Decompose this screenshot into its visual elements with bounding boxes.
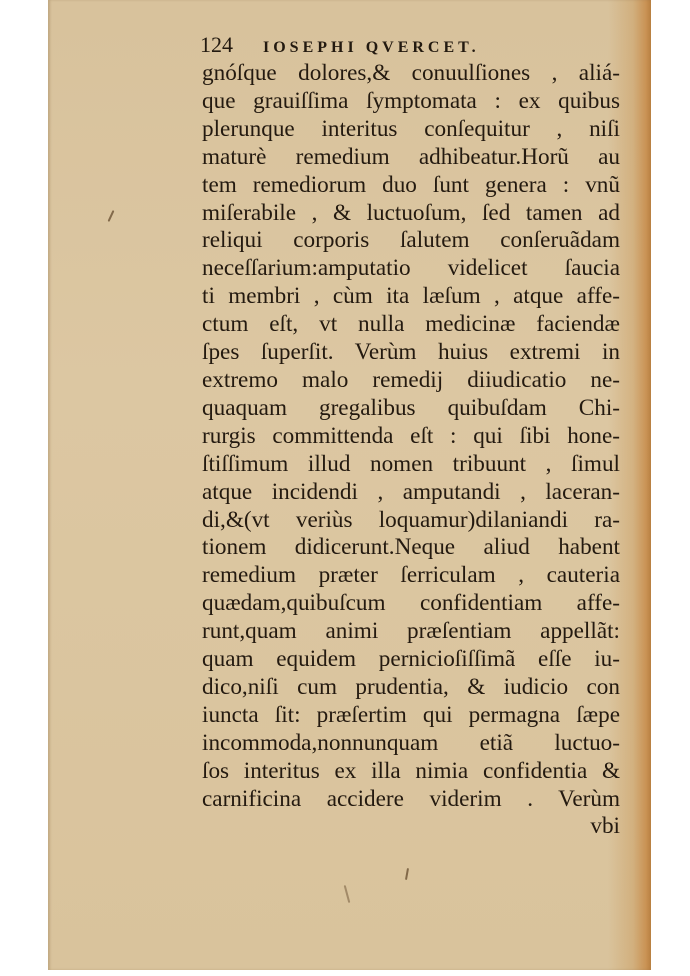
text-line: incommoda,nonnunquam etiã luctuo- <box>202 730 620 758</box>
text-line: di,&(vt veriùs loquamur)dilaniandi ra- <box>202 507 620 535</box>
text-line: reliqui corporis ſalutem conſeruãdam <box>202 227 620 255</box>
text-line: ſpes ſuperſit. Verùm huius extremi in <box>202 339 620 367</box>
text-line: tem remediorum duo ſunt genera : vnũ <box>202 172 620 200</box>
text-line: quam equidem pernicioſiſſimã eſſe iu- <box>202 646 620 674</box>
text-line: plerunque interitus conſequitur , niſi <box>202 116 620 144</box>
ink-speck <box>108 210 115 222</box>
text-line: rurgis committenda eſt : qui ſibi hone- <box>202 423 620 451</box>
text-line: extremo malo remedij diiudicatio ne- <box>202 367 620 395</box>
text-line: tionem didicerunt.Neque aliud habent <box>202 534 620 562</box>
page-number: 124 <box>200 32 233 58</box>
body-text: gnóſque dolores,& conuulſiones , aliá- q… <box>202 60 620 841</box>
text-line: quaquam gregalibus quibuſdam Chi- <box>202 395 620 423</box>
ink-speck <box>344 885 351 903</box>
text-line: dico,niſi cum prudentia, & iudicio con <box>202 674 620 702</box>
ink-speck <box>405 868 409 880</box>
catchword: vbi <box>202 813 620 841</box>
text-line: maturè remedium adhibeatur.Horũ au <box>202 144 620 172</box>
text-line: iuncta ſit: præſertim qui permagna ſæpe <box>202 702 620 730</box>
text-line: que grauiſſima ſymptomata : ex quibus <box>202 88 620 116</box>
text-line: gnóſque dolores,& conuulſiones , aliá- <box>202 60 620 88</box>
text-line: ſtiſſimum illud nomen tribuunt , ſimul <box>202 451 620 479</box>
running-head: 124 IOSEPHI QVERCET. <box>200 32 620 60</box>
text-line: ctum eſt, vt nulla medicinæ faciendæ <box>202 311 620 339</box>
text-line: neceſſarium:amputatio videlicet ſaucia <box>202 255 620 283</box>
text-line: remedium præter ſerriculam , cauteria <box>202 562 620 590</box>
text-line: quædam,quibuſcum confidentiam affe- <box>202 590 620 618</box>
text-line: atque incidendi , amputandi , laceran- <box>202 479 620 507</box>
text-line: carnificina accidere viderim . Verùm <box>202 786 620 814</box>
text-line: runt,quam animi præſentiam appellãt: <box>202 618 620 646</box>
running-title: IOSEPHI QVERCET. <box>263 39 480 57</box>
text-line: miſerabile , & luctuoſum, ſed tamen ad <box>202 200 620 228</box>
text-line: ſos interitus ex illa nimia confidentia … <box>202 758 620 786</box>
text-line: ti membri , cùm ita læſum , atque affe- <box>202 283 620 311</box>
